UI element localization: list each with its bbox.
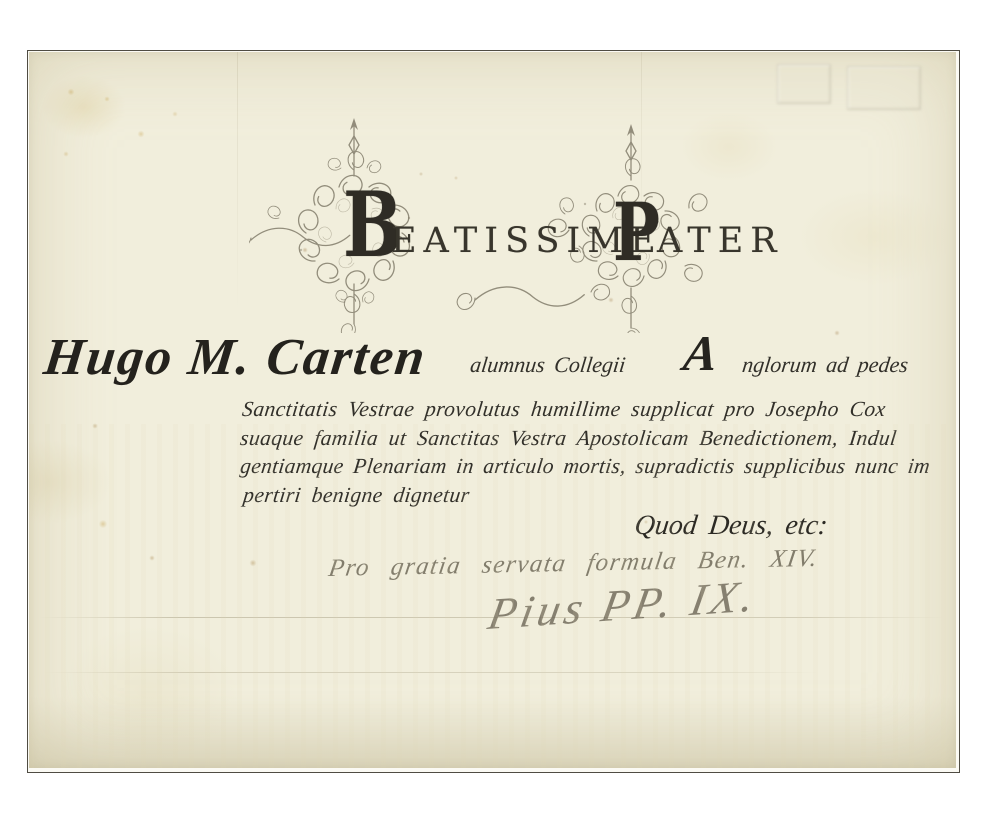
- petition-line3: suaque familia ut Sanctitas Vestra Apost…: [239, 428, 898, 450]
- petition-line1-a: alumnus Collegii: [469, 354, 627, 376]
- header-initial-p: P: [613, 192, 660, 272]
- papal-signature: Pius PP. IX.: [485, 574, 762, 637]
- petition-line1-initial-a: A: [681, 328, 720, 378]
- petition-line2: Sanctitatis Vestrae provolutus humillime…: [241, 399, 887, 421]
- petition-line1-b: nglorum ad pedes: [741, 354, 909, 376]
- parchment: B EATISSIME P ATER Hugo M. Carten alumnu…: [29, 52, 956, 768]
- embossed-stamp: [777, 64, 831, 104]
- petition-line5: pertiri benigne dignetur: [242, 485, 471, 507]
- document-frame: B EATISSIME P ATER Hugo M. Carten alumnu…: [27, 50, 960, 773]
- fold-crease: [44, 672, 819, 673]
- fold-crease: [237, 52, 238, 312]
- petitioner-name: Hugo M. Carten: [41, 332, 429, 384]
- petition-line4: gentiamque Plenariam in articulo mortis,…: [239, 456, 931, 478]
- header-word-pater: ATER: [657, 224, 784, 259]
- document-scan: B EATISSIME P ATER Hugo M. Carten alumnu…: [0, 0, 1000, 822]
- embossed-stamp: [847, 66, 921, 110]
- petition-closing: Quod Deus, etc:: [633, 512, 829, 540]
